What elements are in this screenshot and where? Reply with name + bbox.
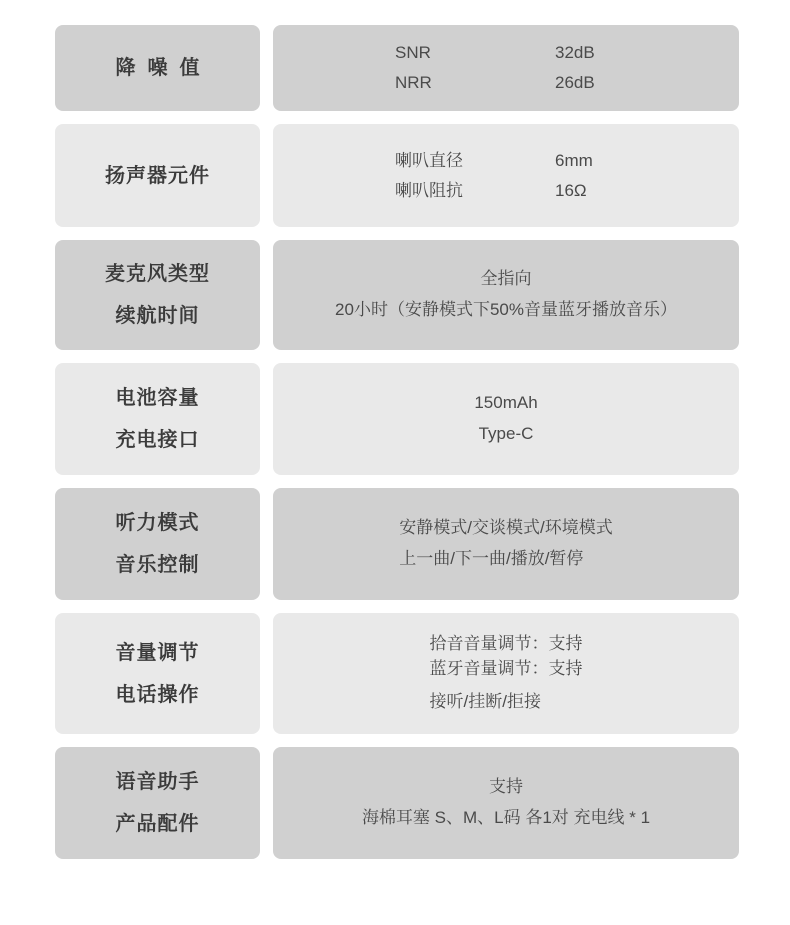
spec-table: 降噪值 SNR32dBNRR26dB 扬声器元件 喇叭直径6mm喇叭阻抗16Ω … [55, 25, 739, 859]
spec-value-lines: 支持海棉耳塞 S、M、L码 各1对 充电线 * 1 [273, 772, 739, 833]
spec-value: Type-C [273, 419, 739, 450]
spec-pair: NRR26dB [395, 68, 739, 98]
spec-label-cell: 降噪值 [55, 25, 260, 111]
spec-pair-value: 16Ω [555, 176, 739, 206]
spec-label: 麦克风类型 [105, 253, 210, 295]
spec-row: 降噪值 SNR32dBNRR26dB [55, 25, 739, 111]
spec-value-lines: 安静模式/交谈模式/环境模式上一曲/下一曲/播放/暂停 [399, 513, 612, 574]
spec-value: 接听/挂断/拒接 [430, 690, 583, 715]
spec-label: 语音助手 [116, 761, 200, 803]
spec-label: 音乐控制 [116, 544, 200, 586]
spec-value: 支持 [273, 772, 739, 803]
spec-value: 拾音音量调节：支持 [430, 632, 583, 657]
spec-pair-value: 26dB [555, 68, 739, 98]
spec-row: 扬声器元件 喇叭直径6mm喇叭阻抗16Ω [55, 124, 739, 227]
spec-pair-value: 6mm [555, 146, 739, 176]
spec-row: 音量调节电话操作 拾音音量调节：支持蓝牙音量调节：支持接听/挂断/拒接 [55, 613, 739, 734]
spec-value: 全指向 [273, 264, 739, 295]
spec-label-cell: 语音助手产品配件 [55, 747, 260, 859]
spec-value-lines: 拾音音量调节：支持蓝牙音量调节：支持接听/挂断/拒接 [430, 632, 583, 715]
spec-pair-key: 喇叭阻抗 [395, 176, 555, 206]
spec-label: 音量调节 [116, 632, 200, 674]
spec-value-cell: 全指向20小时（安静模式下50%音量蓝牙播放音乐） [273, 240, 739, 350]
spec-value-lines: 全指向20小时（安静模式下50%音量蓝牙播放音乐） [273, 264, 739, 325]
spec-value-cell: 150mAhType-C [273, 363, 739, 475]
spec-label-cell: 扬声器元件 [55, 124, 260, 227]
spec-label: 电话操作 [116, 674, 200, 716]
spec-value-cell: 支持海棉耳塞 S、M、L码 各1对 充电线 * 1 [273, 747, 739, 859]
spec-pair-key: NRR [395, 68, 555, 98]
spec-value: 上一曲/下一曲/播放/暂停 [399, 544, 612, 575]
spec-value: 150mAh [273, 388, 739, 419]
spec-row: 电池容量充电接口 150mAhType-C [55, 363, 739, 475]
spec-pair-key: 喇叭直径 [395, 146, 555, 176]
spec-row: 麦克风类型续航时间 全指向20小时（安静模式下50%音量蓝牙播放音乐） [55, 240, 739, 350]
spec-value-lines: 150mAhType-C [273, 388, 739, 449]
spec-label-cell: 电池容量充电接口 [55, 363, 260, 475]
spec-label: 扬声器元件 [105, 155, 210, 197]
spec-value: 安静模式/交谈模式/环境模式 [399, 513, 612, 544]
spec-pair: SNR32dB [395, 38, 739, 68]
spec-pair-list: 喇叭直径6mm喇叭阻抗16Ω [273, 146, 739, 206]
spec-label-cell: 麦克风类型续航时间 [55, 240, 260, 350]
spec-pair-value: 32dB [555, 38, 739, 68]
spec-pair: 喇叭阻抗16Ω [395, 176, 739, 206]
spec-pair-list: SNR32dBNRR26dB [273, 38, 739, 98]
spec-value: 海棉耳塞 S、M、L码 各1对 充电线 * 1 [273, 803, 739, 834]
spec-label: 产品配件 [116, 803, 200, 845]
spec-label-cell: 听力模式音乐控制 [55, 488, 260, 600]
spec-label: 电池容量 [116, 377, 200, 419]
spec-value: 20小时（安静模式下50%音量蓝牙播放音乐） [273, 295, 739, 326]
spec-row: 语音助手产品配件 支持海棉耳塞 S、M、L码 各1对 充电线 * 1 [55, 747, 739, 859]
spec-pair-key: SNR [395, 38, 555, 68]
spec-label-cell: 音量调节电话操作 [55, 613, 260, 734]
spec-value-cell: 拾音音量调节：支持蓝牙音量调节：支持接听/挂断/拒接 [273, 613, 739, 734]
spec-label: 降噪值 [116, 47, 212, 89]
spec-row: 听力模式音乐控制 安静模式/交谈模式/环境模式上一曲/下一曲/播放/暂停 [55, 488, 739, 600]
spec-value: 蓝牙音量调节：支持 [430, 657, 583, 682]
spec-value-cell: SNR32dBNRR26dB [273, 25, 739, 111]
spec-value-cell: 喇叭直径6mm喇叭阻抗16Ω [273, 124, 739, 227]
spec-value-cell: 安静模式/交谈模式/环境模式上一曲/下一曲/播放/暂停 [273, 488, 739, 600]
spec-label: 续航时间 [116, 295, 200, 337]
spec-label: 听力模式 [116, 502, 200, 544]
spec-label: 充电接口 [116, 419, 200, 461]
spec-pair: 喇叭直径6mm [395, 146, 739, 176]
